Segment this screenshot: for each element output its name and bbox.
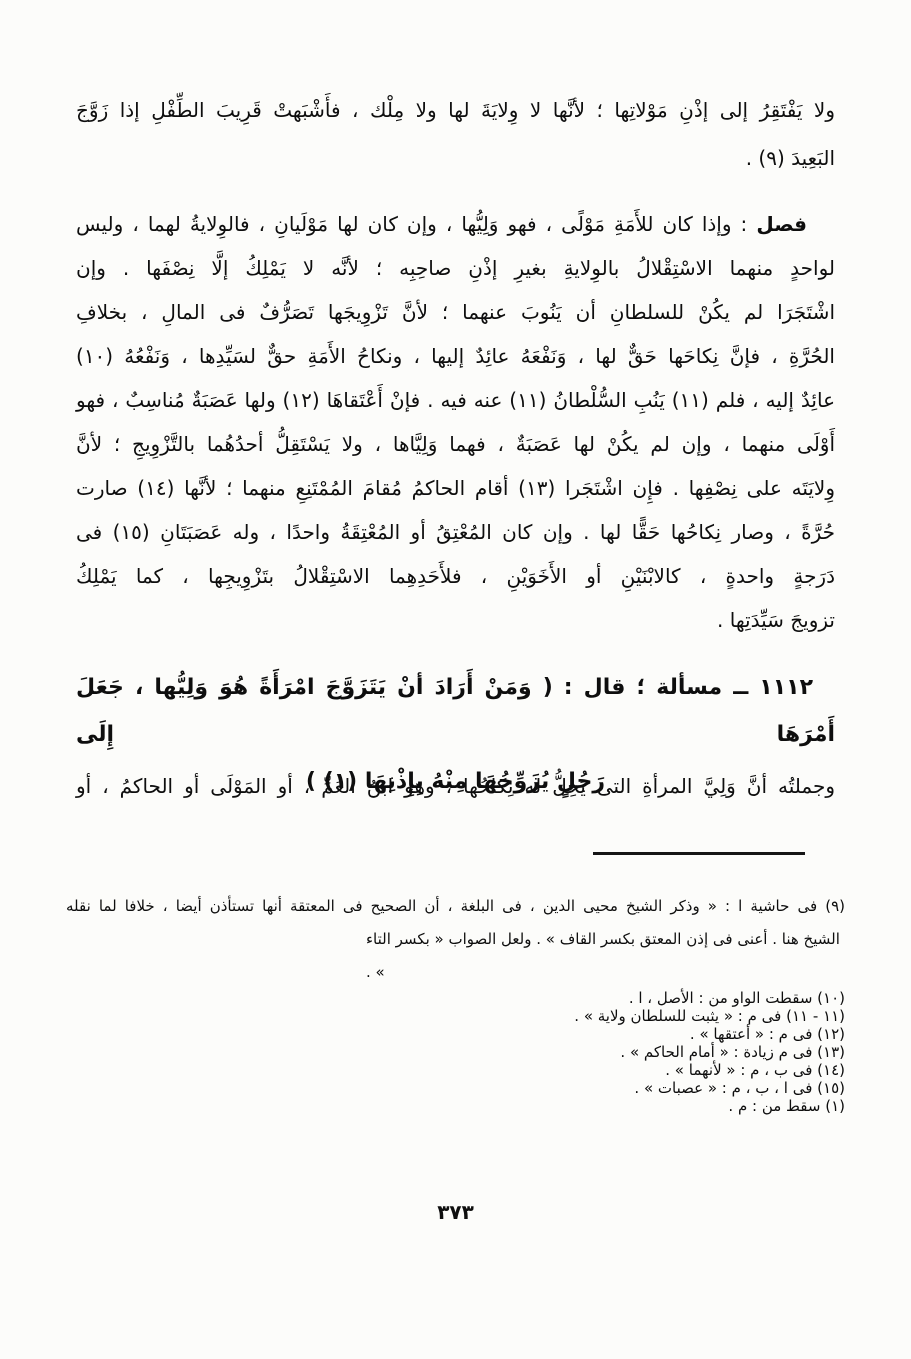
fasl-section: فصل : وإذا كان للأَمَةِ مَوْلًى ، فهو وَ… [76, 202, 835, 642]
page-number: ٣٧٣ [0, 1200, 911, 1224]
footnote-9-line2: الشيخ هنا . أعنى فى إذن المعتق بكسر القا… [66, 923, 845, 989]
footnote-12: (١٢) فى م : « أعتقها » . [66, 1025, 845, 1043]
book-page: ولا يَفْتَقِرُ إلى إذْنِ مَوْلاتِها ؛ لأ… [0, 0, 911, 1359]
masala-line: ١١١٢ ــ مسألة ؛ قال : ( وَمَنْ أَرَادَ أ… [76, 664, 835, 758]
text-line: ولا يَفْتَقِرُ إلى إذْنِ مَوْلاتِها ؛ لأ… [76, 86, 835, 134]
text-line: فصل : وإذا كان للأَمَةِ مَوْلًى ، فهو وَ… [76, 202, 835, 246]
text-line: اشْتَجَرَا لم يكُنْ للسلطانِ أن يَنُوبَ … [76, 290, 835, 334]
footnote-13: (١٣) فى م زيادة : « أمام الحاكم » . [66, 1043, 845, 1061]
text-line: أَوْلَى منهما ، وإن لم يكُنْ لها عَصَبَة… [76, 422, 835, 466]
footnote-10: (١٠) سقطت الواو من : الأصل ، ا . [66, 989, 845, 1007]
commentary-paragraph: وجملتُه أنَّ وَلِيَّ المرأةِ التى يَحِلُ… [76, 764, 835, 808]
footnote-15: (١٥) فى ا ، ب ، م : « عصبات » . [66, 1079, 845, 1097]
text-line: عائِدٌ إليه ، فلم (١١) يَنُبِ السُّلْطان… [76, 378, 835, 422]
footnote-1: (١) سقط من : م . [66, 1097, 845, 1115]
text-line: وِلايَتَه على نِصْفِها . فإِن اشْتَجَرا … [76, 466, 835, 510]
fasl-first-line-text: : وإذا كان للأَمَةِ مَوْلًى ، فهو وَلِيُ… [76, 212, 756, 236]
footnote-11: (١١ - ١١) فى م : « يثبت للسلطان ولاية » … [66, 1007, 845, 1025]
footnote-14: (١٤) فى ب ، م : « لأنهما » . [66, 1061, 845, 1079]
text-line: البَعِيدَ (٩) . [76, 134, 835, 182]
footnote-9-line1: (٩) فى حاشية ا : « وذكر الشيخ محيى الدين… [66, 890, 845, 923]
text-line: الحُرَّةِ ، فإنَّ نِكاحَها حَقٌّ لها ، و… [76, 334, 835, 378]
text-line: دَرَجةٍ واحدةٍ ، كالابْنَيْنِ أو الأَخَو… [76, 554, 835, 598]
footnote-separator [593, 852, 805, 855]
text-line: تزويجَ سَيِّدَتِها . [76, 598, 835, 642]
paragraph-continuation: ولا يَفْتَقِرُ إلى إذْنِ مَوْلاتِها ؛ لأ… [76, 86, 835, 182]
footnotes-block: (٩) فى حاشية ا : « وذكر الشيخ محيى الدين… [66, 890, 845, 1115]
text-line: حُرَّةً ، وصار نِكاحُها حَقًّا لها . وإن… [76, 510, 835, 554]
text-line: لواحدٍ منهما الاسْتِقْلالُ بالوِلايةِ بغ… [76, 246, 835, 290]
fasl-heading: فصل [756, 212, 807, 236]
text-line: وجملتُه أنَّ وَلِيَّ المرأةِ التى يَحِلُ… [76, 764, 835, 808]
